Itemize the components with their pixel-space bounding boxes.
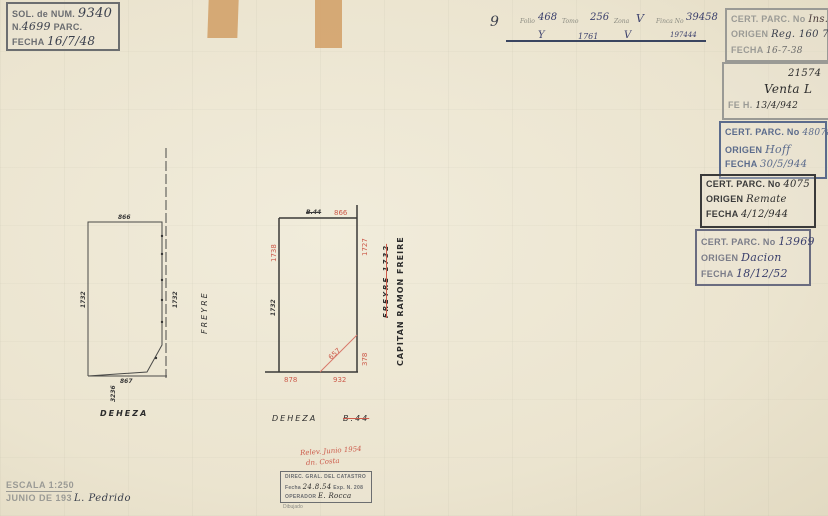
street-capitan-ramon-freire: CAPITAN RAMON FREIRE <box>396 236 405 366</box>
scale-block: ESCALA 1:250 JUNIO DE 193L. Pedrido <box>6 480 131 504</box>
scale-label: ESCALA 1:250 <box>6 480 131 490</box>
plot-drawing <box>0 0 828 516</box>
direccion-exp: Exp. N. 208 <box>333 485 363 491</box>
date-label: JUNIO DE 193 <box>6 493 72 503</box>
dibujado-label: Dibujado <box>283 504 303 510</box>
left-top-dim: 866 <box>118 214 131 221</box>
direccion-title: DIREC. GRAL. DEL CATASTRO <box>285 474 366 480</box>
plot-left-outline <box>88 148 167 378</box>
right-small-dim: 378 <box>361 353 369 366</box>
direccion-fecha-label: Fecha <box>285 485 301 491</box>
left-bottom-dim: 867 <box>120 378 133 385</box>
drafter-signature: L. Pedrido <box>74 493 131 504</box>
direccion-operador-value: E. Rocca <box>318 492 351 500</box>
street-deheza-struck: B.44 <box>343 414 369 423</box>
street-deheza-left: DEHEZA <box>100 409 148 418</box>
plot-right-outline <box>265 205 358 372</box>
stamp-direccion-catastro: DIREC. GRAL. DEL CATASTRO Fecha 24.8.54 … <box>280 471 372 503</box>
right-left-dim: 1732 <box>270 299 277 316</box>
left-left-dim: 1732 <box>80 291 87 308</box>
right-right-red-dim: 1727 <box>361 238 369 256</box>
street-struck-freyre: FREYRE 1732 <box>382 244 390 318</box>
left-right-dim: 1732 <box>172 291 179 308</box>
right-bottom-right-dim: 932 <box>333 376 346 384</box>
street-deheza-right: DEHEZA <box>272 414 317 423</box>
right-bottom-left-dim: 878 <box>284 376 297 384</box>
right-top-struck: B.44 <box>306 209 321 216</box>
right-top-dim: 866 <box>334 209 347 217</box>
direccion-fecha-value: 24.8.54 <box>303 483 332 491</box>
right-left-red-dim: 1738 <box>270 244 278 262</box>
street-freyre: FREYRE <box>200 291 209 334</box>
direccion-operador-label: OPERADOR <box>285 494 316 500</box>
left-corner-dim: 3236 <box>110 385 117 402</box>
